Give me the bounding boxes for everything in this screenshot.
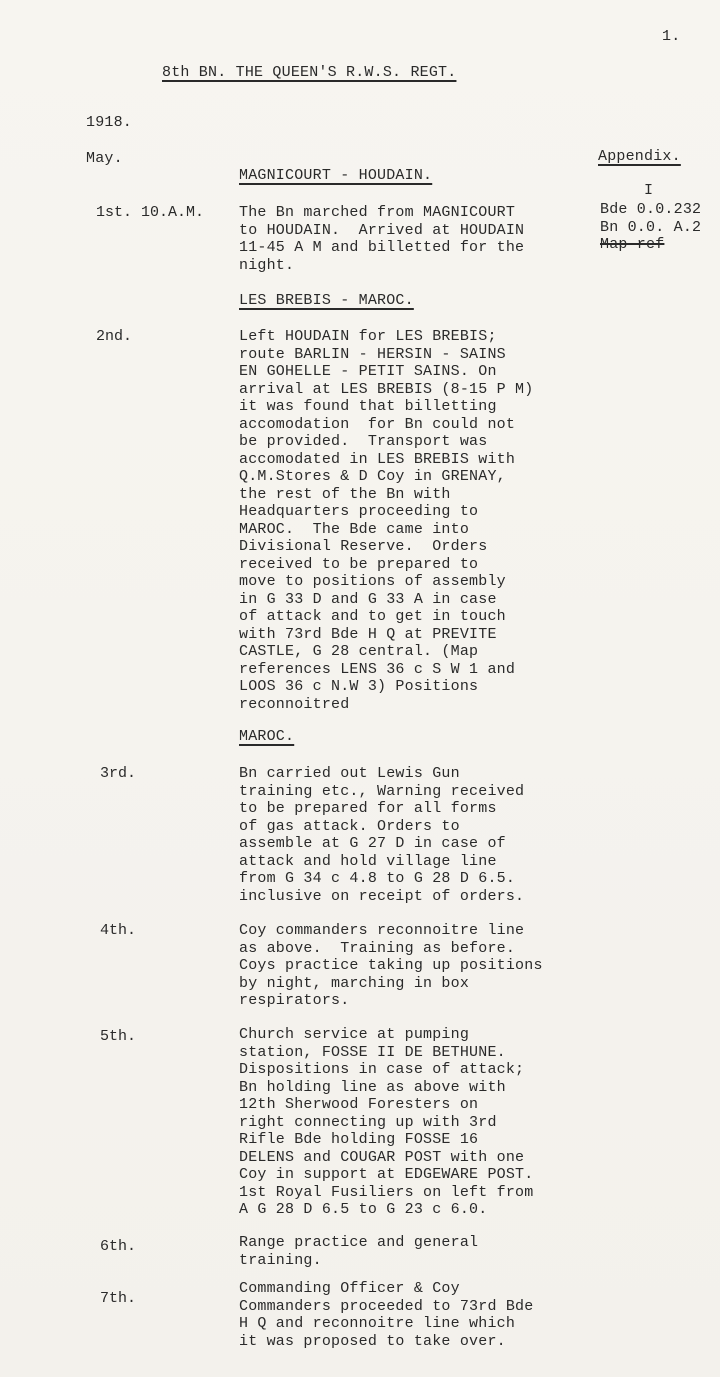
document-page: 1. 8th BN. THE QUEEN'S R.W.S. REGT. 1918… <box>0 0 720 1377</box>
document-title: 8th BN. THE QUEEN'S R.W.S. REGT. <box>162 64 456 82</box>
entry-date: 3rd. <box>100 765 136 783</box>
year-label: 1918. <box>86 114 132 132</box>
appendix-heading: Appendix. <box>598 148 681 166</box>
entry-date: 6th. <box>100 1238 136 1256</box>
section-heading: MAROC. <box>239 728 294 746</box>
appendix-numeral: I <box>644 182 653 200</box>
entry-text: Coy commanders reconnoitre line as above… <box>239 922 619 1010</box>
entry-date: 5th. <box>100 1028 136 1046</box>
page-number: 1. <box>662 28 680 46</box>
month-label: May. <box>86 150 123 168</box>
section-heading: LES BREBIS - MAROC. <box>239 292 414 310</box>
entry-text: Bn carried out Lewis Gun training etc., … <box>239 765 619 905</box>
entry-text: Left HOUDAIN for LES BREBIS; route BARLI… <box>239 328 619 713</box>
entry-text: The Bn marched from MAGNICOURT to HOUDAI… <box>239 204 619 274</box>
entry-text: Church service at pumping station, FOSSE… <box>239 1026 619 1219</box>
entry-date: 4th. <box>100 922 136 940</box>
entry-date: 7th. <box>100 1290 136 1308</box>
entry-date: 2nd. <box>96 328 132 346</box>
section-heading: MAGNICOURT - HOUDAIN. <box>239 167 432 185</box>
entry-text: Range practice and general training. <box>239 1234 619 1269</box>
entry-text: Commanding Officer & Coy Commanders proc… <box>239 1280 619 1350</box>
entry-date: 1st. 10.A.M. <box>96 204 204 222</box>
